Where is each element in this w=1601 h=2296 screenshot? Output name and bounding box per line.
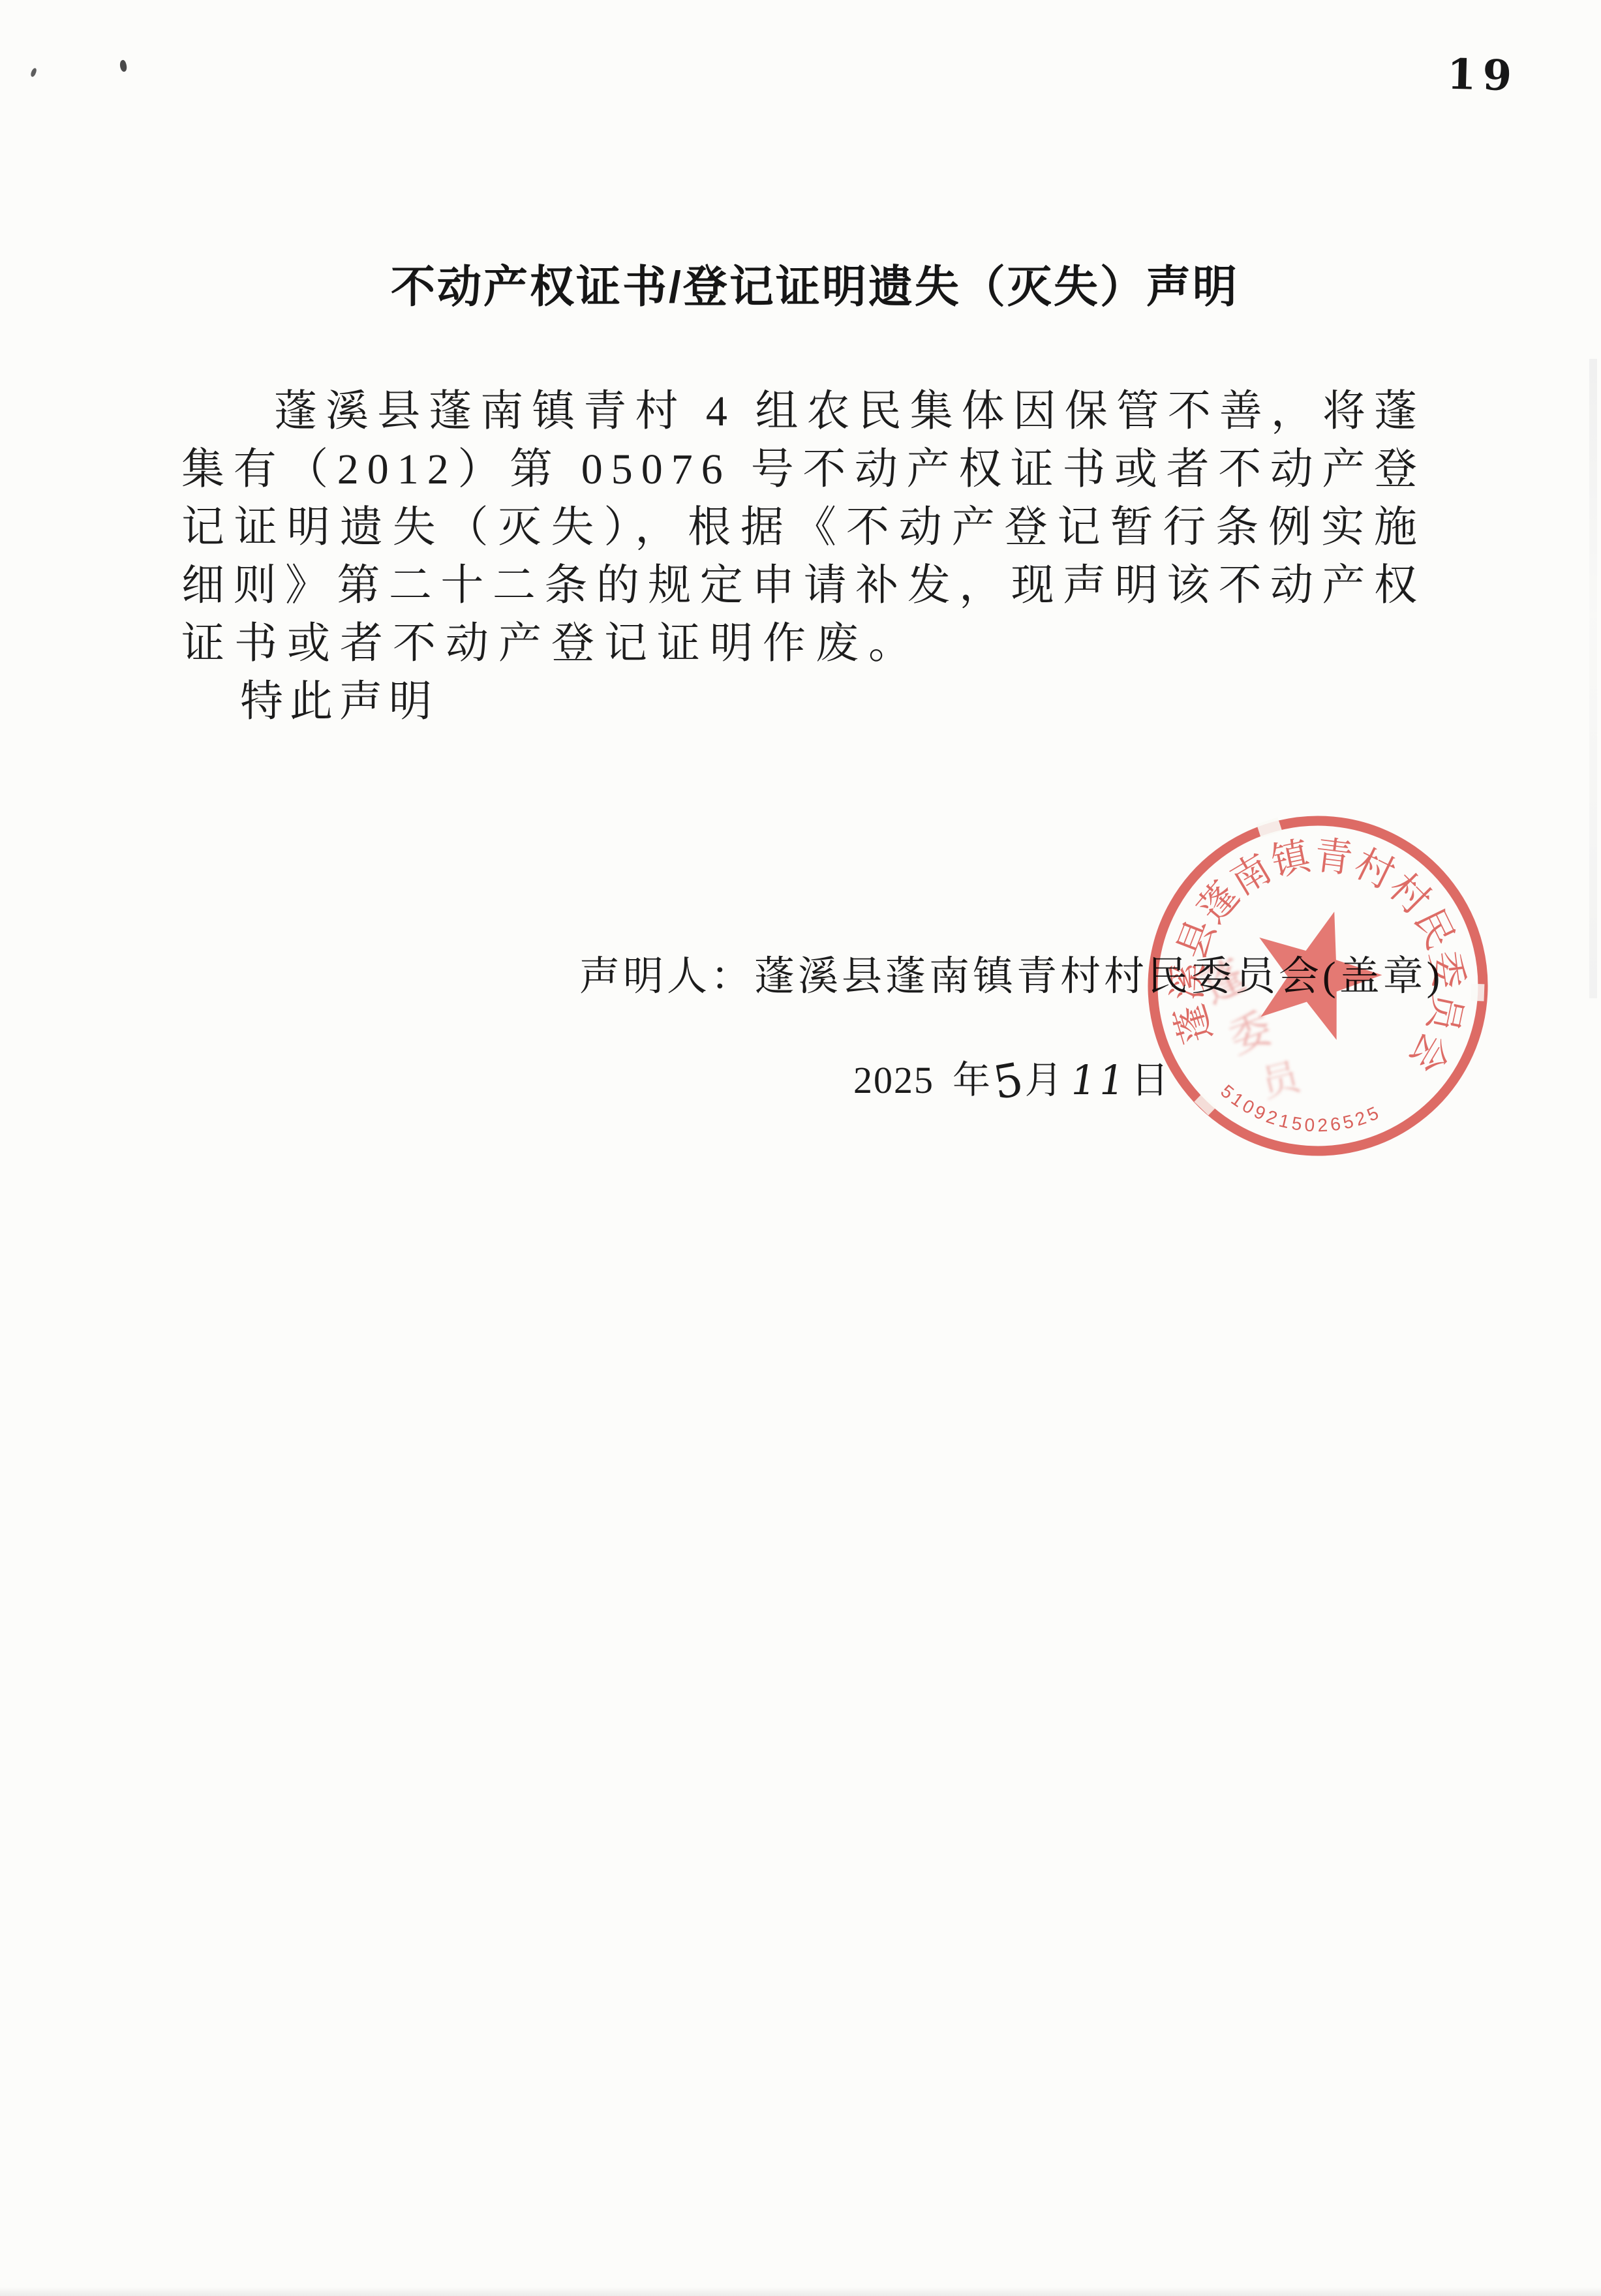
seal-ghost-glyph: 员 bbox=[1257, 1055, 1307, 1106]
scanned-document-page: 19 不动产权证书/登记证明遗失（灭失）声明 蓬溪县蓬南镇青村 4 组农民集体因… bbox=[0, 0, 1601, 2296]
body-line: 记证明遗失（灭失），根据《不动产登记暂行条例实施 bbox=[181, 498, 1426, 557]
scan-edge-shadow bbox=[0, 2287, 1601, 2296]
body-line: 细则》第二十二条的规定申请补发，现声明该不动产权 bbox=[181, 557, 1426, 615]
date-year: 2025 bbox=[853, 1059, 934, 1101]
page-number: 19 bbox=[1446, 50, 1519, 101]
body-line: 蓬溪县蓬南镇青村 4 组农民集体因保管不善，将蓬 bbox=[181, 382, 1426, 440]
date-month-handwritten: 5 bbox=[989, 1052, 1028, 1110]
declaration-body: 蓬溪县蓬南镇青村 4 组农民集体因保管不善，将蓬 集有（2012）第 05076… bbox=[181, 382, 1426, 731]
ink-speck bbox=[30, 67, 37, 77]
date-day-handwritten: 11 bbox=[1066, 1056, 1130, 1104]
body-line: 证书或者不动产登记证明作废。 bbox=[181, 615, 1426, 673]
signature-label: 声明人： bbox=[579, 955, 754, 999]
date-line: 2025年5月11日 bbox=[853, 1049, 1170, 1104]
date-year-unit: 年 bbox=[953, 1059, 992, 1101]
scan-artifact-streak bbox=[1589, 359, 1597, 998]
ink-speck bbox=[119, 59, 128, 72]
document-title: 不动产权证书/登记证明遗失（灭失）声明 bbox=[391, 252, 1239, 315]
closing-statement: 特此声明 bbox=[181, 673, 1426, 731]
date-month-unit: 月 bbox=[1025, 1059, 1064, 1101]
body-line: 集有（2012）第 05076 号不动产权证书或者不动产登 bbox=[181, 440, 1426, 498]
official-seal-stamp: 蓬溪县蓬南镇青村村民委员会 5109215026525 蓬 委 员 bbox=[1146, 814, 1489, 1157]
